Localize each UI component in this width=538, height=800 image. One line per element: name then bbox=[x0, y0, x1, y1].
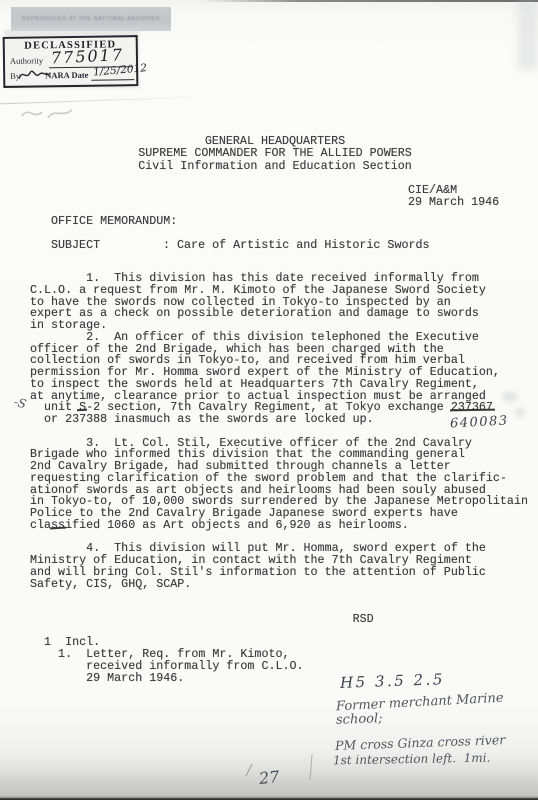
archives-stamp: REPRODUCED AT THE NATIONAL ARCHIVES bbox=[11, 7, 171, 31]
reference-and-date: CIE/A&M 29 March 1946 bbox=[408, 184, 499, 208]
by-label: By bbox=[10, 71, 20, 81]
field-note-line2: Former merchant Marine bbox=[336, 691, 504, 715]
page-number-handwriting: 27 bbox=[258, 767, 280, 788]
pencil-scribble bbox=[18, 100, 78, 126]
subject-value: : Care of Artistic and Historic Swords bbox=[163, 240, 430, 252]
date-underline bbox=[91, 79, 134, 81]
paper-crease bbox=[0, 97, 195, 105]
field-note-line5: 1st intersection left. 1mi. bbox=[333, 751, 491, 768]
memo-body: 1. This division has this date received … bbox=[30, 273, 528, 684]
exchange-correction-handwriting: 640083 bbox=[450, 413, 509, 431]
authority-label: Authority bbox=[10, 55, 43, 65]
subject-label: SUBJECT bbox=[51, 240, 100, 252]
declassified-stamp: DECLASSIFIED Authority 775017 By NARA Da… bbox=[3, 35, 139, 88]
field-note-line3: school; bbox=[336, 711, 383, 728]
margin-mark-handwriting: -S bbox=[12, 395, 27, 412]
office-memorandum-line: OFFICE MEMORANDUM: bbox=[51, 216, 177, 228]
field-note-code: H5 3.5 2.5 bbox=[340, 670, 445, 692]
scan-shading bbox=[518, 0, 538, 70]
nara-label: NARA Date bbox=[45, 70, 88, 81]
letterhead: GENERAL HEADQUARTERS SUPREME COMMANDER F… bbox=[30, 135, 520, 172]
scan-top-edge bbox=[200, 0, 538, 2]
archives-stamp-text: REPRODUCED AT THE NATIONAL ARCHIVES bbox=[22, 16, 160, 22]
scanned-memo-page: REPRODUCED AT THE NATIONAL ARCHIVES DECL… bbox=[0, 0, 538, 800]
